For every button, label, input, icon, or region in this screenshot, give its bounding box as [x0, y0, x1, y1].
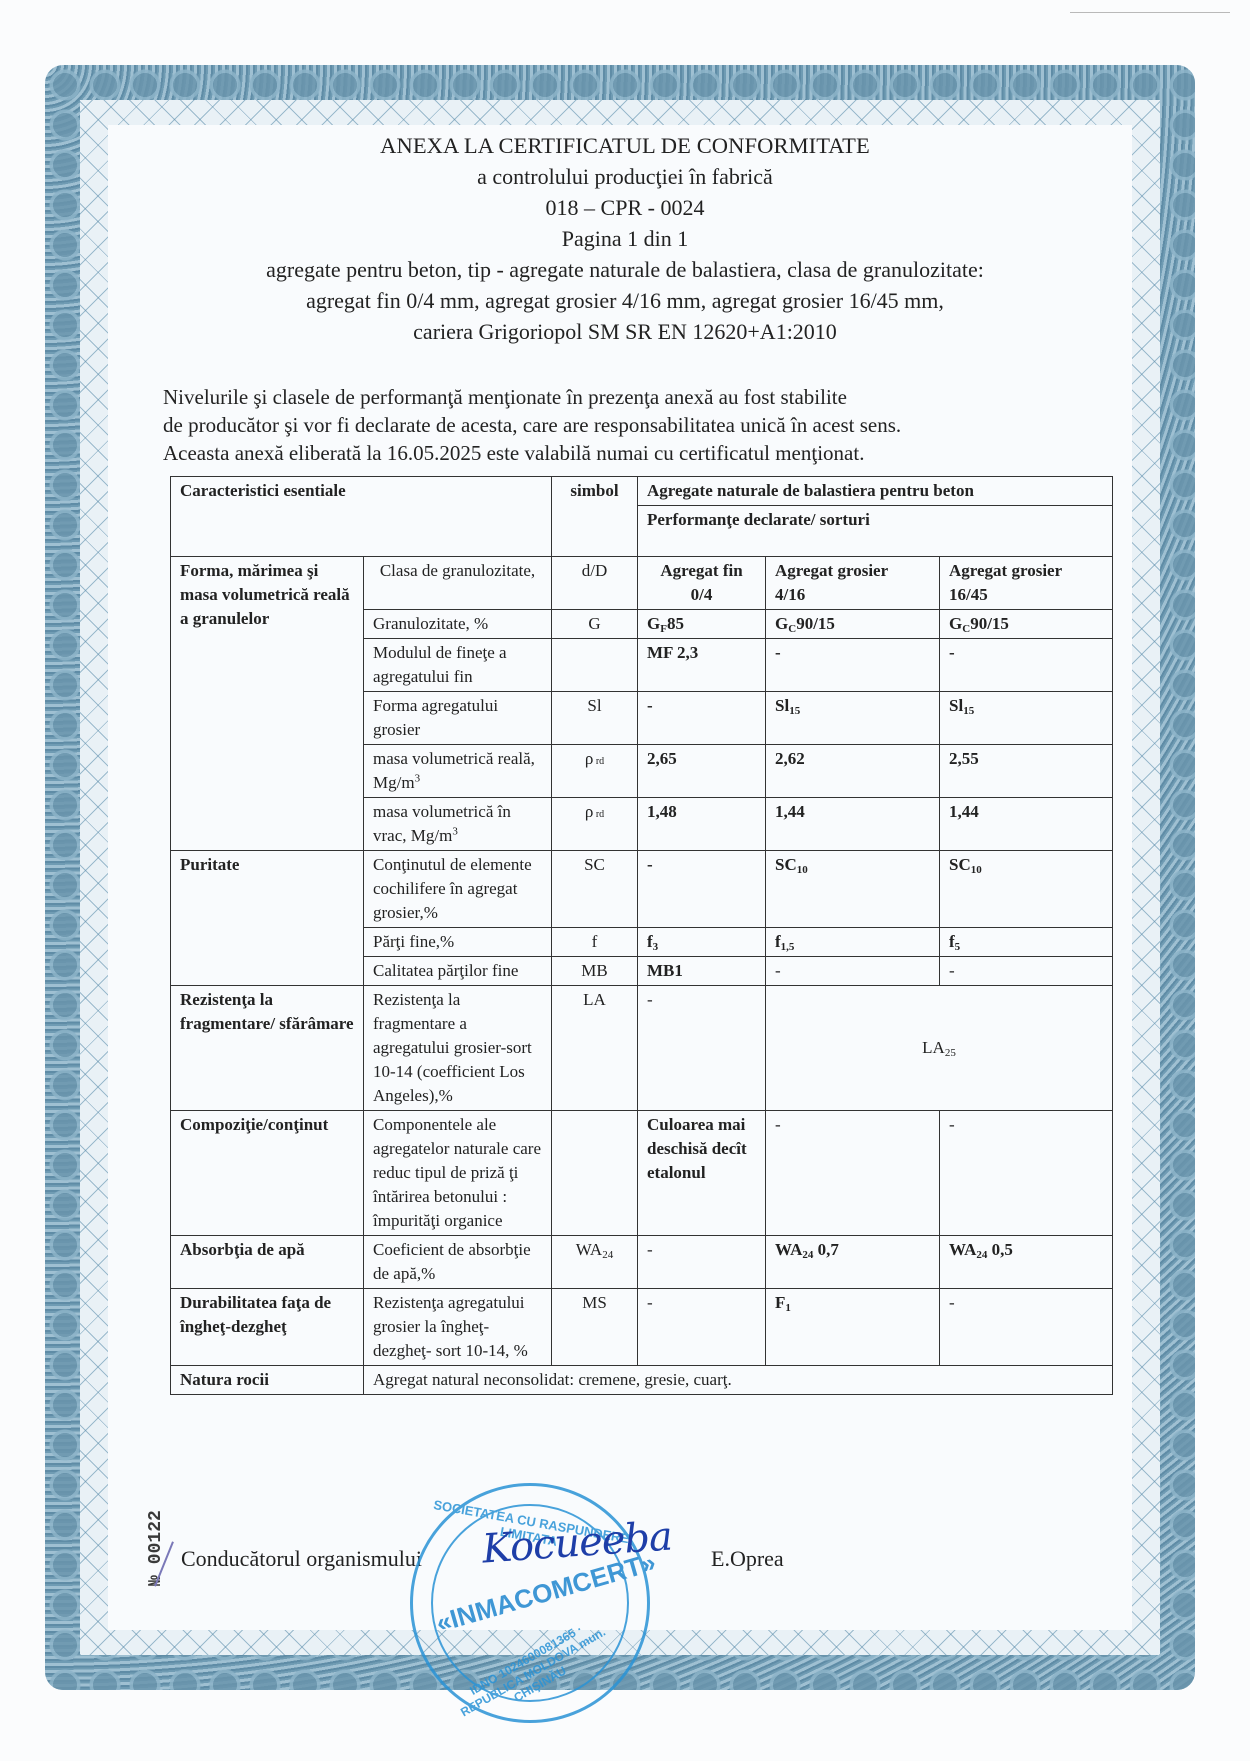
symbol-cell: [552, 639, 638, 692]
property-cell: Părţi fine,%: [364, 928, 552, 957]
value-cell: 1,48: [638, 798, 766, 851]
group-forma: Forma, mărimea şi masa volumetrică reală…: [171, 557, 364, 851]
header-symbol: simbol: [552, 477, 638, 557]
scope-line-2: agregat fin 0/4 mm, agregat grosier 4/16…: [150, 285, 1100, 316]
intro-line-3: Aceasta anexă eliberată la 16.05.2025 es…: [163, 439, 1103, 467]
value-cell: SC10: [940, 851, 1113, 928]
value-cell: -: [940, 639, 1113, 692]
value-cell: WA24 0,5: [940, 1236, 1113, 1289]
header-characteristics: Caracteristici esentiale: [171, 477, 552, 557]
group-compozitie: Compoziţie/conţinut: [171, 1111, 364, 1236]
group-rezistenta: Rezistenţa la fragmentare/ sfărâmare: [171, 986, 364, 1111]
property-cell: Forma agregatului grosier: [364, 692, 552, 745]
value-cell: GC90/15: [940, 610, 1113, 639]
performance-table: Caracteristici esentiale simbol Agregate…: [170, 476, 1113, 1395]
value-cell: Culoarea mai deschisă decît etalonul: [638, 1111, 766, 1236]
value-cell: -: [766, 957, 940, 986]
symbol-cell: MS: [552, 1289, 638, 1366]
group-absorbtia: Absorbţia de apă: [171, 1236, 364, 1289]
value-cell: Sl15: [766, 692, 940, 745]
value-cell: -: [940, 1111, 1113, 1236]
scope-line-1: agregate pentru beton, tip - agregate na…: [150, 254, 1100, 285]
certificate-number: 018 – CPR - 0024: [150, 192, 1100, 223]
table-row: Durabilitatea faţa de îngheţ-dezgheţ Rez…: [171, 1289, 1113, 1366]
group-puritate: Puritate: [171, 851, 364, 986]
table-row: Puritate Conţinutul de elemente cochilif…: [171, 851, 1113, 928]
value-cell: -: [940, 957, 1113, 986]
table-header-row: Caracteristici esentiale simbol Agregate…: [171, 477, 1113, 506]
value-cell: GF85: [638, 610, 766, 639]
symbol-cell: WA24: [552, 1236, 638, 1289]
signatory-name: E.Oprea: [711, 1546, 784, 1572]
page-indicator: Pagina 1 din 1: [150, 223, 1100, 254]
column-header-grosier-4-16: Agregat grosier4/16: [766, 557, 940, 610]
value-cell: 2,65: [638, 745, 766, 798]
symbol-cell: MB: [552, 957, 638, 986]
value-cell: 2,62: [766, 745, 940, 798]
document-header: ANEXA LA CERTIFICATUL DE CONFORMITATE a …: [150, 130, 1100, 347]
property-cell: Rezistenţa la fragmentare a agregatului …: [364, 986, 552, 1111]
symbol-cell: f: [552, 928, 638, 957]
value-cell: 2,55: [940, 745, 1113, 798]
table-row: Compoziţie/conţinut Componentele ale agr…: [171, 1111, 1113, 1236]
value-cell: MB1: [638, 957, 766, 986]
property-cell: Rezistenţa agregatului grosier la îngheţ…: [364, 1289, 552, 1366]
value-cell: f1,5: [766, 928, 940, 957]
group-natura: Natura rocii: [171, 1366, 364, 1395]
table-row: Rezistenţa la fragmentare/ sfărâmare Rez…: [171, 986, 1113, 1111]
value-cell: Sl15: [940, 692, 1113, 745]
symbol-cell: Sl: [552, 692, 638, 745]
property-cell: Modulul de fineţe a agregatului fin: [364, 639, 552, 692]
group-durabilitate: Durabilitatea faţa de îngheţ-dezgheţ: [171, 1289, 364, 1366]
value-cell: 1,44: [766, 798, 940, 851]
document-subtitle: a controlului producţiei în fabrică: [150, 161, 1100, 192]
value-cell: f5: [940, 928, 1113, 957]
value-cell: GC90/15: [766, 610, 940, 639]
symbol-cell: ρ rd: [552, 745, 638, 798]
value-cell-merged: LA25: [766, 986, 1113, 1111]
property-cell: Coeficient de absorbţie de apă,%: [364, 1236, 552, 1289]
value-cell: MF 2,3: [638, 639, 766, 692]
scope-line-3: cariera Grigoriopol SM SR EN 12620+A1:20…: [150, 316, 1100, 347]
symbol-cell: [552, 1111, 638, 1236]
value-cell: -: [638, 692, 766, 745]
property-cell: Componentele ale agregatelor naturale ca…: [364, 1111, 552, 1236]
column-header-grosier-16-45: Agregat grosier16/45: [940, 557, 1113, 610]
table-row: Natura rocii Agregat natural neconsolida…: [171, 1366, 1113, 1395]
symbol-cell: SC: [552, 851, 638, 928]
property-cell: masa volumetrică reală, Mg/m3: [364, 745, 552, 798]
header-group: Agregate naturale de balastiera pentru b…: [638, 477, 1113, 506]
value-cell: 1,44: [940, 798, 1113, 851]
property-cell: Conţinutul de elemente cochilifere în ag…: [364, 851, 552, 928]
value-cell: -: [638, 986, 766, 1111]
value-cell: -: [638, 851, 766, 928]
value-cell: -: [940, 1289, 1113, 1366]
document-title: ANEXA LA CERTIFICATUL DE CONFORMITATE: [150, 130, 1100, 161]
value-cell: F1: [766, 1289, 940, 1366]
value-cell: -: [638, 1289, 766, 1366]
value-cell-merged: Agregat natural neconsolidat: cremene, g…: [364, 1366, 1113, 1395]
value-cell: f3: [638, 928, 766, 957]
value-cell: SC10: [766, 851, 940, 928]
value-cell: -: [766, 639, 940, 692]
column-header-fin: Agregat fin0/4: [638, 557, 766, 610]
property-cell: Calitatea părţilor fine: [364, 957, 552, 986]
signatory-label: Conducătorul organismului: [181, 1546, 422, 1572]
property-cell: masa volumetrică în vrac, Mg/m3: [364, 798, 552, 851]
symbol-cell: LA: [552, 986, 638, 1111]
intro-paragraph: Nivelurile şi clasele de performanţă men…: [163, 383, 1103, 467]
table-row: Absorbţia de apă Coeficient de absorbţie…: [171, 1236, 1113, 1289]
value-cell: WA24 0,7: [766, 1236, 940, 1289]
property-cell: Granulozitate, %: [364, 610, 552, 639]
value-cell: -: [638, 1236, 766, 1289]
symbol-cell: d/D: [552, 557, 638, 610]
header-subgroup: Performanţe declarate/ sorturi: [638, 506, 1113, 557]
symbol-cell: G: [552, 610, 638, 639]
intro-line-2: de producător şi vor fi declarate de ace…: [163, 411, 1103, 439]
property-cell: Clasa de granulozitate,: [364, 557, 552, 610]
intro-line-1: Nivelurile şi clasele de performanţă men…: [163, 383, 1103, 411]
scan-artifact-line: [1070, 12, 1230, 13]
table-row: Forma, mărimea şi masa volumetrică reală…: [171, 557, 1113, 610]
symbol-cell: ρ rd: [552, 798, 638, 851]
value-cell: -: [766, 1111, 940, 1236]
